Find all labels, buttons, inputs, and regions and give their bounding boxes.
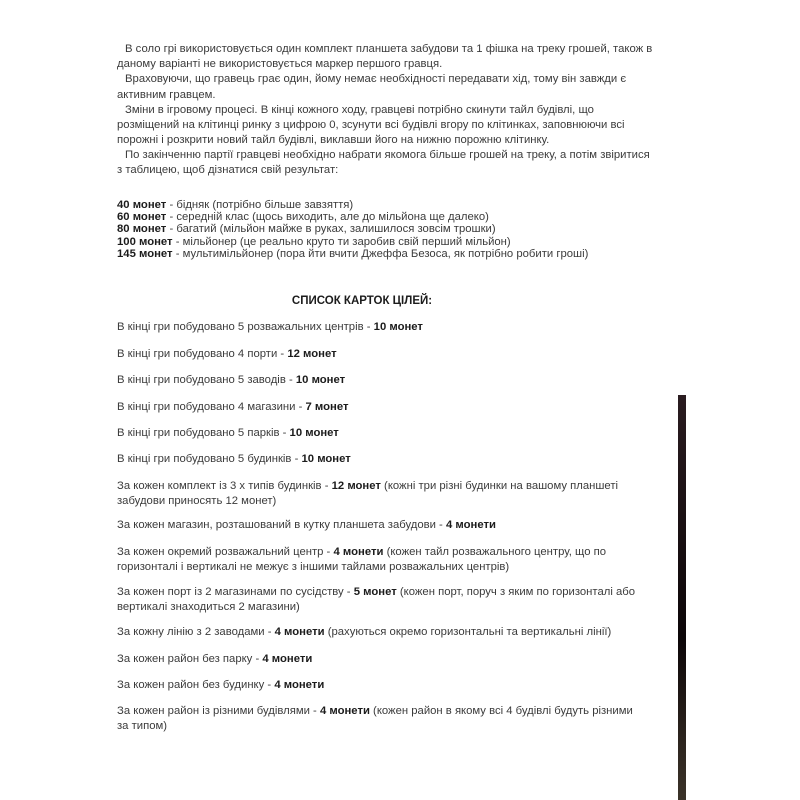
goal-card-condition: За кожен окремий розважальний центр - — [117, 546, 333, 558]
result-description: - бідняк (потрібно більше завзяття) — [166, 199, 353, 211]
intro-paragraph-changes: Зміни в ігровому процесі. В кінці кожног… — [117, 103, 657, 149]
goal-card-reward: 4 монети — [262, 653, 312, 665]
goal-card-condition: В кінці гри побудовано 5 заводів - — [117, 374, 296, 386]
document-page: В соло грі використовується один комплек… — [0, 0, 800, 800]
goal-card: В кінці гри побудовано 5 парків - 10 мон… — [117, 426, 647, 441]
goal-card-reward: 4 монети — [275, 626, 325, 638]
goal-card: За кожен магазин, розташований в кутку п… — [117, 518, 647, 533]
goal-card: За кожен порт із 2 магазинами по сусідст… — [117, 585, 647, 616]
goal-card-reward: 4 монети — [274, 679, 324, 691]
goal-card: В кінці гри побудовано 4 порти - 12 моне… — [117, 347, 647, 362]
goal-card-condition: В кінці гри побудовано 5 парків - — [117, 427, 290, 439]
goal-card-condition: В кінці гри побудовано 4 порти - — [117, 348, 287, 360]
result-amount: 80 монет — [117, 223, 166, 235]
goal-card: За кожен окремий розважальний центр - 4 … — [117, 545, 647, 576]
result-amount: 100 монет — [117, 236, 173, 248]
goal-card-reward: 7 монет — [306, 401, 349, 413]
goal-card: За кожен район без будинку - 4 монети — [117, 678, 647, 693]
goal-card: В кінці гри побудовано 5 розважальних це… — [117, 320, 647, 335]
goal-card-reward: 4 монети — [333, 546, 383, 558]
intro-paragraph-active-player: Враховуючи, що гравець грає один, йому н… — [117, 72, 657, 102]
goal-card-reward: 10 монет — [290, 427, 339, 439]
result-description: - мільйонер (це реально круто ти заробив… — [173, 236, 511, 248]
goal-cards-heading: СПИСОК КАРТОК ЦІЛЕЙ: — [117, 295, 607, 307]
goal-card: В кінці гри побудовано 5 заводів - 10 мо… — [117, 373, 647, 388]
goal-card-reward: 12 монет — [332, 480, 381, 492]
result-amount: 40 монет — [117, 199, 166, 211]
intro-paragraph-solo: В соло грі використовується один комплек… — [117, 42, 657, 72]
goal-card-reward: 12 монет — [287, 348, 336, 360]
result-row: 40 монет - бідняк (потрібно більше завзя… — [117, 199, 677, 211]
goal-card-condition: За кожен район із різними будівлями - — [117, 705, 320, 717]
result-description: - багатий (мільйон майже в руках, залиши… — [166, 223, 495, 235]
goal-card-condition: За кожен комплект із 3 х типів будинків … — [117, 480, 332, 492]
goal-card: В кінці гри побудовано 4 магазини - 7 мо… — [117, 400, 647, 415]
goal-card: За кожен комплект із 3 х типів будинків … — [117, 479, 647, 510]
goal-card-condition: За кожен район без будинку - — [117, 679, 274, 691]
goal-card-condition: За кожен магазин, розташований в кутку п… — [117, 519, 446, 531]
page-edge-bar — [678, 395, 686, 800]
goal-card: За кожну лінію з 2 заводами - 4 монети (… — [117, 625, 647, 640]
intro-section: В соло грі використовується один комплек… — [117, 42, 657, 148]
goal-card-reward: 4 монети — [320, 705, 370, 717]
result-amount: 60 монет — [117, 211, 166, 223]
goal-card: За кожен район із різними будівлями - 4 … — [117, 704, 647, 735]
goal-card-condition: За кожен порт із 2 магазинами по сусідст… — [117, 586, 354, 598]
results-table: 40 монет - бідняк (потрібно більше завзя… — [117, 199, 677, 260]
goal-card-condition: В кінці гри побудовано 4 магазини - — [117, 401, 306, 413]
goal-card-reward: 5 монет — [354, 586, 397, 598]
intro-section-end: По закінченню партії гравцеві необхідно … — [117, 148, 657, 178]
goal-card-reward: 4 монети — [446, 519, 496, 531]
result-row: 100 монет - мільйонер (це реально круто … — [117, 236, 677, 248]
result-row: 145 монет - мультимільйонер (пора йти вч… — [117, 248, 677, 260]
goal-card-condition: За кожну лінію з 2 заводами - — [117, 626, 275, 638]
goal-card-reward: 10 монет — [296, 374, 345, 386]
goal-card-note: (рахуються окремо горизонтальні та верти… — [325, 626, 612, 638]
result-description: - середній клас (щось виходить, але до м… — [166, 211, 489, 223]
result-row: 60 монет - середній клас (щось виходить,… — [117, 211, 677, 223]
goal-card: За кожен район без парку - 4 монети — [117, 652, 647, 667]
goal-card-reward: 10 монет — [301, 453, 350, 465]
goal-card: В кінці гри побудовано 5 будинків - 10 м… — [117, 452, 647, 467]
result-amount: 145 монет — [117, 248, 173, 260]
intro-paragraph-goal: По закінченню партії гравцеві необхідно … — [117, 148, 657, 178]
goal-card-condition: За кожен район без парку - — [117, 653, 262, 665]
goal-card-condition: В кінці гри побудовано 5 будинків - — [117, 453, 301, 465]
goal-card-reward: 10 монет — [374, 321, 423, 333]
result-description: - мультимільйонер (пора йти вчити Джеффа… — [173, 248, 589, 260]
goal-card-condition: В кінці гри побудовано 5 розважальних це… — [117, 321, 374, 333]
result-row: 80 монет - багатий (мільйон майже в рука… — [117, 223, 677, 235]
